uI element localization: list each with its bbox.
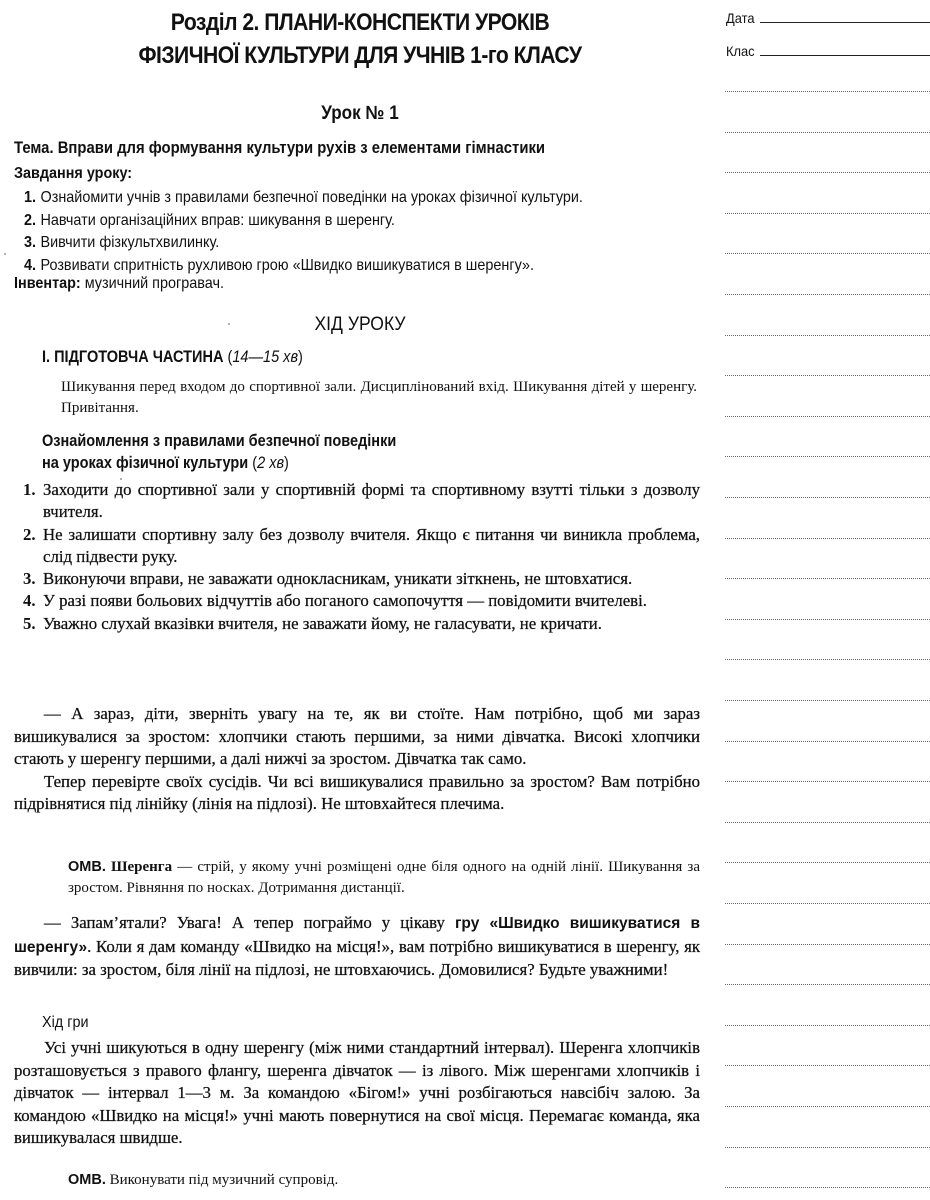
class-input-line[interactable] bbox=[760, 41, 930, 56]
note-line[interactable] bbox=[725, 538, 930, 539]
note-line[interactable] bbox=[725, 253, 930, 254]
omv-term: Шеренга bbox=[111, 859, 172, 875]
note-line[interactable] bbox=[725, 659, 930, 660]
class-label: Клас bbox=[726, 43, 755, 59]
chapter-title-line-2: ФІЗИЧНОЇ КУЛЬТУРИ ДЛЯ УЧНІВ 1-го КЛАСУ bbox=[78, 39, 641, 72]
part-1-heading: І. ПІДГОТОВЧА ЧАСТИНА (14—15 хв) bbox=[42, 348, 303, 367]
note-line[interactable] bbox=[725, 619, 930, 620]
game-intro-after: . Коли я дам команду «Швидко на місця!»,… bbox=[14, 937, 700, 980]
task-item: 2.Навчати організаційних вправ: шикуванн… bbox=[24, 210, 583, 233]
scan-speck bbox=[120, 478, 122, 480]
rule-text: У разі появи больових відчуттів або пога… bbox=[43, 591, 647, 610]
note-line[interactable] bbox=[725, 132, 930, 133]
lesson-topic: Тема. Вправи для формування культури рух… bbox=[14, 139, 545, 158]
inventory: Інвентар: музичний програвач. bbox=[14, 275, 224, 293]
safety-rule: 5.Уважно слухай вказівки вчителя, не зав… bbox=[23, 613, 700, 635]
note-line[interactable] bbox=[725, 944, 930, 945]
rule-number: 5. bbox=[23, 613, 36, 635]
task-text: Розвивати спритність рухливою грою «Швид… bbox=[41, 257, 534, 274]
rule-text: Не залишати спортивну залу без дозволу в… bbox=[43, 525, 700, 566]
note-line[interactable] bbox=[725, 741, 930, 742]
tasks-heading: Завдання уроку: bbox=[14, 165, 132, 183]
note-line[interactable] bbox=[725, 984, 930, 985]
task-number: 4. bbox=[24, 257, 36, 274]
task-text: Ознайомити учнів з правилами безпечної п… bbox=[41, 189, 583, 206]
part-1-intro: Шикування перед входом до спортивної зал… bbox=[61, 377, 697, 419]
date-input-line[interactable] bbox=[760, 8, 930, 23]
date-field[interactable]: Дата bbox=[726, 8, 930, 26]
game-intro-paragraph: — Запам’ятали? Увага! А тепер пограймо у… bbox=[14, 912, 700, 982]
note-line[interactable] bbox=[725, 1025, 930, 1026]
omv-note-music: ОМВ. Виконувати під музичний супровід. bbox=[68, 1170, 338, 1191]
safety-rules-list: 1.Заходити до спортивної зали у спортивн… bbox=[23, 479, 700, 635]
rule-number: 1. bbox=[23, 479, 36, 501]
scan-speck bbox=[4, 253, 6, 255]
note-line[interactable] bbox=[725, 456, 930, 457]
note-line[interactable] bbox=[725, 213, 930, 214]
course-heading: ХІД УРОКУ bbox=[36, 313, 684, 336]
note-line[interactable] bbox=[725, 1187, 930, 1188]
omv-note-formation: ОМВ. Шеренга — стрій, у якому учні розмі… bbox=[68, 857, 700, 899]
safety-duration: 2 хв bbox=[257, 454, 284, 472]
omv-label: ОМВ. bbox=[68, 1172, 106, 1188]
safety-rule: 3.Виконуючи вправи, не заважати одноклас… bbox=[23, 568, 700, 590]
task-item: 3.Вивчити фізкультхвилинку. bbox=[24, 232, 583, 255]
task-number: 1. bbox=[24, 189, 36, 206]
game-intro-before: — Запам’ятали? Увага! А тепер пограймо у… bbox=[44, 913, 455, 932]
note-line[interactable] bbox=[725, 1106, 930, 1107]
game-description-paragraph: Усі учні шикуються в одну шеренгу (між н… bbox=[14, 1037, 700, 1150]
note-line[interactable] bbox=[725, 1065, 930, 1066]
safety-heading: Ознайомлення з правилами безпечної повед… bbox=[42, 430, 396, 474]
note-line[interactable] bbox=[725, 335, 930, 336]
game-intro: — Запам’ятали? Увага! А тепер пограймо у… bbox=[14, 912, 700, 982]
omv-text: Виконувати під музичний супровід. bbox=[106, 1172, 338, 1188]
task-item: 4.Розвивати спритність рухливою грою «Шв… bbox=[24, 255, 583, 278]
topic-label: Тема. bbox=[14, 139, 54, 157]
dialog-paragraph: — А зараз, діти, зверніть увагу на те, я… bbox=[14, 703, 700, 771]
note-line[interactable] bbox=[725, 578, 930, 579]
topic-text: Вправи для формування культури рухів з е… bbox=[54, 139, 545, 157]
chapter-title: Розділ 2. ПЛАНИ-КОНСПЕКТИ УРОКІВ ФІЗИЧНО… bbox=[78, 6, 641, 72]
rule-number: 3. bbox=[23, 568, 36, 590]
note-line[interactable] bbox=[725, 1147, 930, 1148]
rule-text: Виконуючи вправи, не заважати однокласни… bbox=[43, 569, 632, 588]
game-heading: Хід гри bbox=[42, 1014, 89, 1032]
note-line[interactable] bbox=[725, 822, 930, 823]
rule-number: 4. bbox=[23, 590, 36, 612]
teacher-dialog: — А зараз, діти, зверніть увагу на те, я… bbox=[14, 703, 700, 816]
task-text: Вивчити фізкультхвилинку. bbox=[41, 234, 220, 251]
task-text: Навчати організаційних вправ: шикування … bbox=[41, 212, 395, 229]
safety-title-line-2: на уроках фізичної культури (2 хв) bbox=[42, 452, 396, 474]
rule-text: Заходити до спортивної зали у спортивній… bbox=[43, 480, 700, 521]
note-line[interactable] bbox=[725, 497, 930, 498]
note-line[interactable] bbox=[725, 375, 930, 376]
safety-rule: 1.Заходити до спортивної зали у спортивн… bbox=[23, 479, 700, 524]
omv-label: ОМВ. bbox=[68, 859, 106, 875]
rule-text: Уважно слухай вказівки вчителя, не заваж… bbox=[43, 614, 602, 633]
safety-rule: 4.У разі появи больових відчуттів або по… bbox=[23, 590, 700, 612]
dialog-paragraph: Тепер перевірте своїх сусідів. Чи всі ви… bbox=[14, 771, 700, 816]
notes-margin: Дата Клас bbox=[722, 0, 930, 1200]
task-item: 1.Ознайомити учнів з правилами безпечної… bbox=[24, 187, 583, 210]
lesson-title: Урок № 1 bbox=[36, 103, 684, 125]
part-1-title: І. ПІДГОТОВЧА ЧАСТИНА bbox=[42, 348, 223, 366]
task-number: 2. bbox=[24, 212, 36, 229]
note-line[interactable] bbox=[725, 91, 930, 92]
note-line[interactable] bbox=[725, 172, 930, 173]
safety-rule: 2.Не залишати спортивну залу без дозволу… bbox=[23, 524, 700, 569]
safety-title-line-2-text: на уроках фізичної культури bbox=[42, 454, 248, 472]
note-line[interactable] bbox=[725, 903, 930, 904]
task-list: 1.Ознайомити учнів з правилами безпечної… bbox=[24, 187, 583, 277]
note-line[interactable] bbox=[725, 416, 930, 417]
safety-title-line-1: Ознайомлення з правилами безпечної повед… bbox=[42, 430, 396, 452]
note-line[interactable] bbox=[725, 862, 930, 863]
chapter-title-line-1: Розділ 2. ПЛАНИ-КОНСПЕКТИ УРОКІВ bbox=[78, 6, 641, 39]
date-label: Дата bbox=[726, 10, 755, 26]
note-line[interactable] bbox=[725, 781, 930, 782]
inventory-text: музичний програвач. bbox=[81, 275, 224, 292]
inventory-label: Інвентар: bbox=[14, 275, 81, 292]
note-line[interactable] bbox=[725, 294, 930, 295]
game-description: Усі учні шикуються в одну шеренгу (між н… bbox=[14, 1037, 700, 1150]
rule-number: 2. bbox=[23, 524, 36, 546]
note-line[interactable] bbox=[725, 700, 930, 701]
part-1-duration: 14—15 хв bbox=[232, 348, 298, 366]
scan-speck bbox=[228, 323, 230, 325]
class-field[interactable]: Клас bbox=[726, 41, 930, 59]
task-number: 3. bbox=[24, 234, 36, 251]
